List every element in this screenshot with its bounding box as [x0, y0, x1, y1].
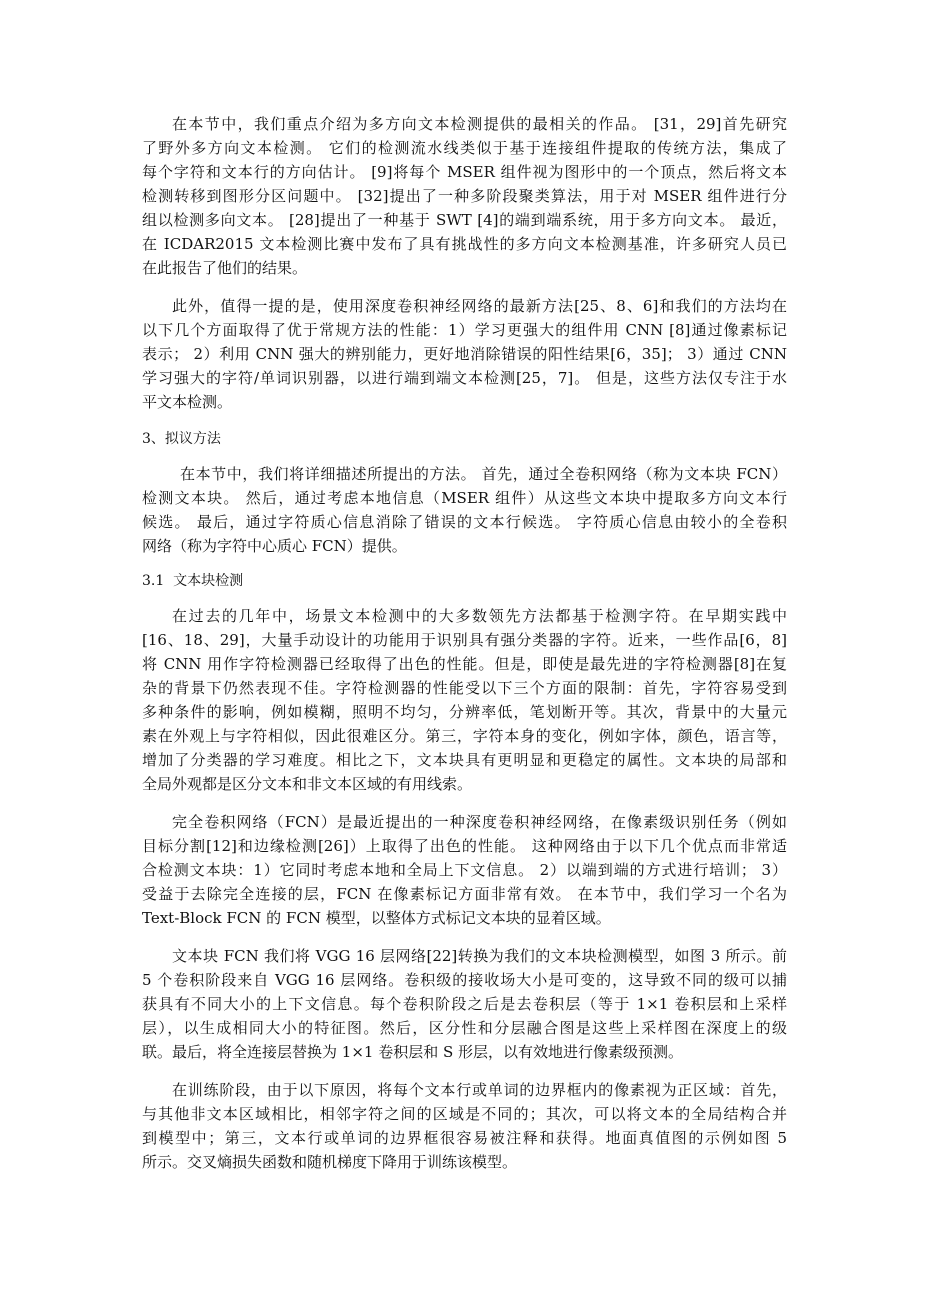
text-line: 了野外多方向文本检测。 它们的检测流水线类似于基于连接组件提取的传统方法，集成了 [142, 136, 787, 160]
text-line: 多种条件的影响，例如模糊，照明不均匀，分辨率低，笔划断开等。其次，背景中的大量元 [142, 700, 787, 724]
paragraph-fcn: 完全卷积网络（FCN）是最近提出的一种深度卷积神经网络，在像素级识别任务（例如 … [142, 810, 787, 930]
text-line: 联。最后，将全连接层替换为 1×1 卷积层和 S 形层，以有效地进行像素级预测。 [142, 1040, 787, 1064]
text-line: 与其他非文本区域相比，相邻字符之间的区域是不同的；其次，可以将文本的全局结构合并 [142, 1102, 787, 1126]
text-line: 到模型中；第三，文本行或单词的边界框很容易被注释和获得。地面真值图的示例如图 5 [142, 1126, 787, 1150]
text-line: 此外，值得一提的是，使用深度卷积神经网络的最新方法[25、8、6]和我们的方法均… [142, 294, 787, 318]
spacer [142, 930, 787, 944]
subsection-heading-text-block-detection: 3.1 文本块检测 [142, 570, 787, 592]
text-line: 候选。 最后，通过字符质心信息消除了错误的文本行候选。 字符质心信息由较小的全卷… [142, 510, 787, 534]
text-line: 所示。交叉熵损失函数和随机梯度下降用于训练该模型。 [142, 1150, 787, 1174]
paragraph-method-overview: 在本节中，我们将详细描述所提出的方法。 首先，通过全卷积网络（称为文本块 FCN… [142, 462, 787, 558]
spacer [142, 1064, 787, 1078]
paragraph-character-detection: 在过去的几年中，场景文本检测中的大多数领先方法都基于检测字符。在早期实践中 [1… [142, 604, 787, 796]
text-line: 合检测文本块：1）它同时考虑本地和全局上下文信息。 2）以端到端的方式进行培训；… [142, 858, 787, 882]
section-heading-proposed-method: 3、拟议方法 [142, 428, 787, 450]
text-line: 5 个卷积阶段来自 VGG 16 层网络。卷积级的接收场大小是可变的，这导致不同… [142, 968, 787, 992]
text-line: 平文本检测。 [142, 390, 787, 414]
text-line: 受益于去除完全连接的层，FCN 在像素标记方面非常有效。 在本节中，我们学习一个… [142, 882, 787, 906]
text-line: 在此报告了他们的结果。 [142, 256, 787, 280]
text-line: 完全卷积网络（FCN）是最近提出的一种深度卷积神经网络，在像素级识别任务（例如 [142, 810, 787, 834]
text-line: 组以检测多向文本。 [28]提出了一种基于 SWT [4]的端到端系统，用于多方… [142, 208, 787, 232]
text-line: 检测转移到图形分区问题中。 [32]提出了一种多阶段聚类算法，用于对 MSER … [142, 184, 787, 208]
text-line: 素在外观上与字符相似，因此很难区分。第三，字符本身的变化，例如字体，颜色，语言等… [142, 724, 787, 748]
text-line: 将 CNN 用作字符检测器已经取得了出色的性能。但是，即使是最先进的字符检测器[… [142, 652, 787, 676]
text-line: 获具有不同大小的上下文信息。每个卷积阶段之后是去卷积层（等于 1×1 卷积层和上… [142, 992, 787, 1016]
spacer [142, 450, 787, 462]
text-line: Text-Block FCN 的 FCN 模型，以整体方式标记文本块的显着区域。 [142, 906, 787, 930]
text-line: 在训练阶段，由于以下原因，将每个文本行或单词的边界框内的像素视为正区域：首先， [142, 1078, 787, 1102]
text-line: [16、18、29]，大量手动设计的功能用于识别具有强分类器的字符。近来，一些作… [142, 628, 787, 652]
text-line: 文本块 FCN 我们将 VGG 16 层网络[22]转换为我们的文本块检测模型，… [142, 944, 787, 968]
spacer [142, 558, 787, 570]
spacer [142, 796, 787, 810]
text-line: 杂的背景下仍然表现不佳。字符检测器的性能受以下三个方面的限制：首先，字符容易受到 [142, 676, 787, 700]
text-line: 在本节中，我们将详细描述所提出的方法。 首先，通过全卷积网络（称为文本块 FCN… [142, 462, 787, 486]
paragraph-training: 在训练阶段，由于以下原因，将每个文本行或单词的边界框内的像素视为正区域：首先， … [142, 1078, 787, 1174]
text-line: 每个字符和文本行的方向估计。 [9]将每个 MSER 组件视为图形中的一个顶点，… [142, 160, 787, 184]
spacer [142, 592, 787, 604]
text-line: 网络（称为字符中心质心 FCN）提供。 [142, 534, 787, 558]
text-line: 检测文本块。 然后，通过考虑本地信息（MSER 组件）从这些文本块中提取多方向文… [142, 486, 787, 510]
spacer [142, 280, 787, 294]
spacer [142, 414, 787, 428]
text-line: 在 ICDAR2015 文本检测比赛中发布了具有挑战性的多方向文本检测基准，许多… [142, 232, 787, 256]
text-line: 增加了分类器的学习难度。相比之下，文本块具有更明显和更稳定的属性。文本块的局部和 [142, 748, 787, 772]
paragraph-related-work: 在本节中，我们重点介绍为多方向文本检测提供的最相关的作品。 [31，29]首先研… [142, 112, 787, 280]
text-line: 在本节中，我们重点介绍为多方向文本检测提供的最相关的作品。 [31，29]首先研… [142, 112, 787, 136]
text-line: 表示； 2）利用 CNN 强大的辨别能力，更好地消除错误的阳性结果[6，35]；… [142, 342, 787, 366]
text-line: 在过去的几年中，场景文本检测中的大多数领先方法都基于检测字符。在早期实践中 [142, 604, 787, 628]
text-line: 层），以生成相同大小的特征图。然后，区分性和分层融合图是这些上采样图在深度上的级 [142, 1016, 787, 1040]
text-line: 全局外观都是区分文本和非文本区域的有用线索。 [142, 772, 787, 796]
text-line: 学习强大的字符/单词识别器，以进行端到端文本检测[25，7]。 但是，这些方法仅… [142, 366, 787, 390]
paragraph-deep-methods: 此外，值得一提的是，使用深度卷积神经网络的最新方法[25、8、6]和我们的方法均… [142, 294, 787, 414]
text-line: 以下几个方面取得了优于常规方法的性能：1）学习更强大的组件用 CNN [8]通过… [142, 318, 787, 342]
text-line: 目标分割[12]和边缘检测[26]）上取得了出色的性能。 这种网络由于以下几个优… [142, 834, 787, 858]
document-page: 在本节中，我们重点介绍为多方向文本检测提供的最相关的作品。 [31，29]首先研… [142, 112, 787, 1174]
paragraph-vgg-architecture: 文本块 FCN 我们将 VGG 16 层网络[22]转换为我们的文本块检测模型，… [142, 944, 787, 1064]
